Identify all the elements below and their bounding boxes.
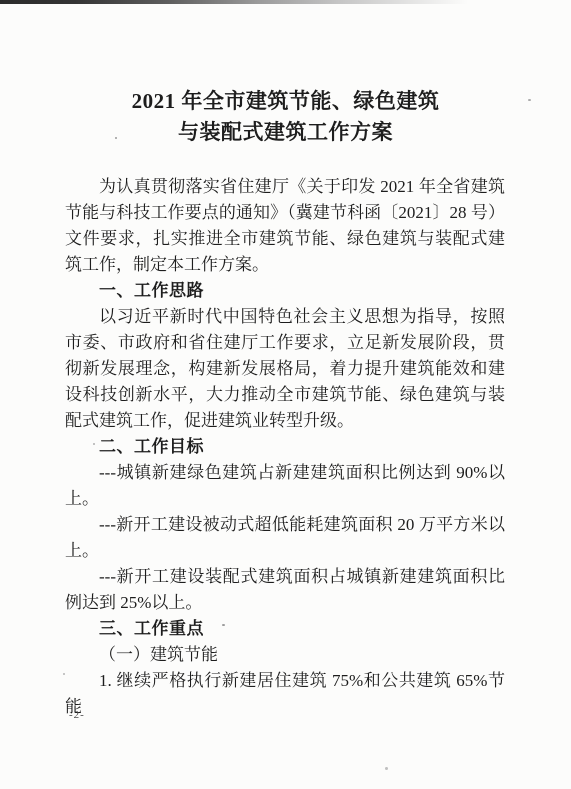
title-line-1: 2021 年全市建筑节能、绿色建筑 <box>42 86 529 117</box>
scan-speck <box>63 673 65 675</box>
goal-item-passive-low-energy: ---新开工建设被动式超低能耗建筑面积 20 万平方米以上。 <box>65 512 505 564</box>
paragraph-energy-saving-item-1: 1. 继续严格执行新建居住建筑 75%和公共建筑 65%节能 <box>65 668 505 720</box>
scan-artifact-top-edge <box>0 0 468 4</box>
paragraph-work-idea: 以习近平新时代中国特色社会主义思想为指导，按照市委、市政府和省住建厅工作要求，立… <box>65 304 505 434</box>
page-number: -2- <box>69 709 85 721</box>
paragraph-intro: 为认真贯彻落实省住建厅《关于印发 2021 年全省建筑节能与科技工作要点的通知》… <box>65 174 505 278</box>
subsection-heading-energy-saving: （一）建筑节能 <box>65 642 505 668</box>
section-heading-goals: 二、工作目标 <box>65 434 505 460</box>
document-body: 为认真贯彻落实省住建厅《关于印发 2021 年全省建筑节能与科技工作要点的通知》… <box>65 174 505 720</box>
goal-item-prefab-building: ---新开工建设装配式建筑面积占城镇新建建筑面积比例达到 25%以上。 <box>65 564 505 616</box>
scan-speck <box>385 767 388 770</box>
goal-item-green-building: ---城镇新建绿色建筑占新建建筑面积比例达到 90%以上。 <box>65 460 505 512</box>
scan-speck <box>222 624 225 626</box>
scan-speck <box>115 137 117 139</box>
scan-speck <box>93 443 95 445</box>
title-line-2: 与装配式建筑工作方案 <box>42 117 529 148</box>
section-heading-key-work: 三、工作重点 <box>65 616 505 642</box>
section-heading-work-idea: 一、工作思路 <box>65 278 505 304</box>
document-page: 2021 年全市建筑节能、绿色建筑 与装配式建筑工作方案 为认真贯彻落实省住建厅… <box>0 0 571 789</box>
scan-speck <box>528 99 531 101</box>
